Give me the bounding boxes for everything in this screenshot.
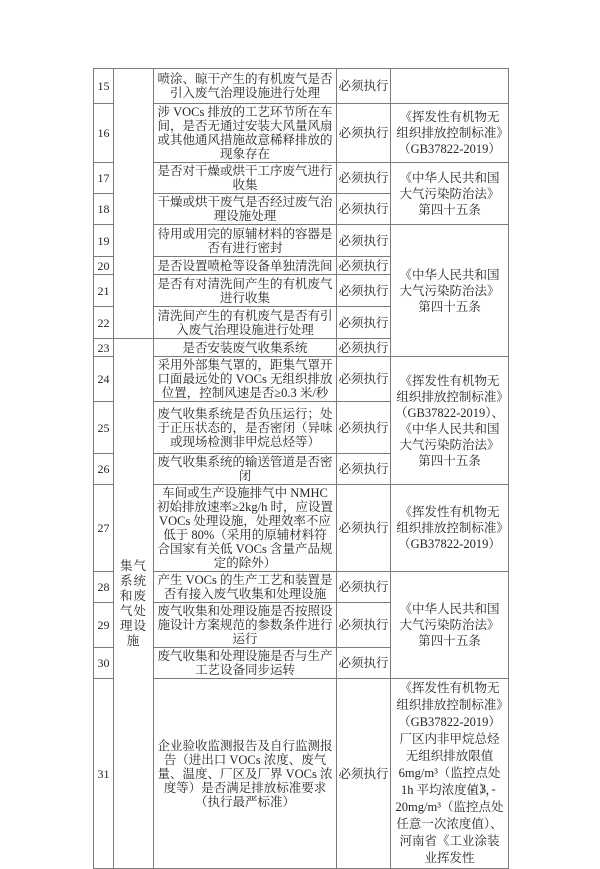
row-number: 26 xyxy=(94,454,114,485)
item-text-cell: 采用外部集气罩的，距集气罩开口面最远处的 VOCs 无组织排放位置，控制风速是否… xyxy=(154,357,337,402)
item-text-cell: 清洗间产生的有机废气是否有引入废气治理设施进行处理 xyxy=(154,307,337,339)
requirement-cell: 必须执行 xyxy=(337,307,391,339)
requirement-cell: 必须执行 xyxy=(337,225,391,257)
row-number: 22 xyxy=(94,307,114,339)
requirement-cell: 必须执行 xyxy=(337,454,391,485)
requirement-cell: 必须执行 xyxy=(337,603,391,648)
table-row: 15 喷涂、晾干产生的有机废气是否引入废气治理设施进行处理 必须执行 xyxy=(94,69,509,104)
row-number: 25 xyxy=(94,402,114,454)
row-number: 19 xyxy=(94,225,114,257)
row-number: 18 xyxy=(94,194,114,225)
row-number: 29 xyxy=(94,603,114,648)
item-text-cell: 企业验收监测报告及自行监测报告（进出口 VOCs 浓度、废气量、温度、厂区及厂界… xyxy=(154,679,337,869)
requirement-cell: 必须执行 xyxy=(337,194,391,225)
requirement-cell: 必须执行 xyxy=(337,275,391,307)
requirement-cell: 必须执行 xyxy=(337,648,391,679)
requirement-cell: 必须执行 xyxy=(337,357,391,402)
table-row: 27 车间或生产设施排气中 NMHC 初始排放速率≥2kg/h 时，应设置 VO… xyxy=(94,485,509,572)
table-row: 31 企业验收监测报告及自行监测报告（进出口 VOCs 浓度、废气量、温度、厂区… xyxy=(94,679,509,869)
basis-cell: 《中华人民共和国大气污染防治法》第四十五条 xyxy=(391,572,509,679)
table-row: 17 是否对干燥或烘干工序废气进行收集 必须执行 《中华人民共和国大气污染防治法… xyxy=(94,163,509,194)
item-text-cell: 喷涂、晾干产生的有机废气是否引入废气治理设施进行处理 xyxy=(154,69,337,104)
row-number: 15 xyxy=(94,69,114,104)
requirement-cell: 必须执行 xyxy=(337,402,391,454)
item-text-cell: 涉 VOCs 排放的工艺环节所在车间，是否无通过安装大风量风扇或其他通风措施故意… xyxy=(154,104,337,163)
item-text-cell: 是否设置喷枪等设备单独清洗间 xyxy=(154,257,337,275)
item-text-cell: 是否安装废气收集系统 xyxy=(154,339,337,357)
page-number: - 3 - xyxy=(470,781,497,797)
basis-cell xyxy=(391,69,509,104)
requirement-cell: 必须执行 xyxy=(337,485,391,572)
category-label: 集气系统和废气处理设施 xyxy=(120,559,148,649)
requirement-cell: 必须执行 xyxy=(337,339,391,357)
requirement-cell: 必须执行 xyxy=(337,163,391,194)
item-text-cell: 废气收集和处理设施是否按照设施设计方案规范的参数条件进行运行 xyxy=(154,603,337,648)
row-number: 31 xyxy=(94,679,114,869)
item-text-cell: 废气收集系统的输送管道是否密闭 xyxy=(154,454,337,485)
requirement-cell: 必须执行 xyxy=(337,572,391,603)
item-text-cell: 是否有对清洗间产生的有机废气进行收集 xyxy=(154,275,337,307)
item-text-cell: 废气收集和处理设施是否与生产工艺设备同步运转 xyxy=(154,648,337,679)
basis-cell: 《挥发性有机物无组织排放控制标准》（GB37822-2019）、《中华人民共和国… xyxy=(391,357,509,485)
requirement-cell: 必须执行 xyxy=(337,104,391,163)
category-cell-empty xyxy=(114,69,154,339)
item-text-cell: 废气收集系统是否负压运行；处于正压状态的，是否密闭（异味或现场检测非甲烷总烃等） xyxy=(154,402,337,454)
row-number: 28 xyxy=(94,572,114,603)
row-number: 20 xyxy=(94,257,114,275)
row-number: 27 xyxy=(94,485,114,572)
basis-cell: 《挥发性有机物无组织排放控制标准》（GB37822-2019） xyxy=(391,485,509,572)
requirement-cell: 必须执行 xyxy=(337,679,391,869)
item-text-cell: 是否对干燥或烘干工序废气进行收集 xyxy=(154,163,337,194)
basis-cell: 《挥发性有机物无组织排放控制标准》（GB37822-2019）厂区内非甲烷总烃无… xyxy=(391,679,509,869)
basis-cell: 《中华人民共和国大气污染防治法》第四十五条 xyxy=(391,225,509,357)
table-row: 19 待用或用完的原辅材料的容器是否有进行密封 必须执行 《中华人民共和国大气污… xyxy=(94,225,509,257)
row-number: 23 xyxy=(94,339,114,357)
row-number: 16 xyxy=(94,104,114,163)
row-number: 21 xyxy=(94,275,114,307)
item-text-cell: 待用或用完的原辅材料的容器是否有进行密封 xyxy=(154,225,337,257)
basis-cell: 《挥发性有机物无组织排放控制标准》（GB37822-2019） xyxy=(391,104,509,163)
table-row: 28 产生 VOCs 的生产工艺和装置是否有接入废气收集和处理设施 必须执行 《… xyxy=(94,572,509,603)
item-text-cell: 干燥或烘干废气是否经过废气治理设施处理 xyxy=(154,194,337,225)
row-number: 17 xyxy=(94,163,114,194)
table-row: 24 采用外部集气罩的，距集气罩开口面最远处的 VOCs 无组织排放位置，控制风… xyxy=(94,357,509,402)
compliance-checklist-table: 15 喷涂、晾干产生的有机废气是否引入废气治理设施进行处理 必须执行 16 涉 … xyxy=(93,68,509,869)
row-number: 30 xyxy=(94,648,114,679)
row-number: 24 xyxy=(94,357,114,402)
item-text-cell: 车间或生产设施排气中 NMHC 初始排放速率≥2kg/h 时，应设置 VOCs … xyxy=(154,485,337,572)
document-page: { "document": { "page_number": "- 3 -", … xyxy=(0,0,600,848)
basis-cell: 《中华人民共和国大气污染防治法》第四十五条 xyxy=(391,163,509,225)
item-text-cell: 产生 VOCs 的生产工艺和装置是否有接入废气收集和处理设施 xyxy=(154,572,337,603)
requirement-cell: 必须执行 xyxy=(337,69,391,104)
table-row: 16 涉 VOCs 排放的工艺环节所在车间，是否无通过安装大风量风扇或其他通风措… xyxy=(94,104,509,163)
requirement-cell: 必须执行 xyxy=(337,257,391,275)
category-cell: 集气系统和废气处理设施 xyxy=(114,339,154,869)
